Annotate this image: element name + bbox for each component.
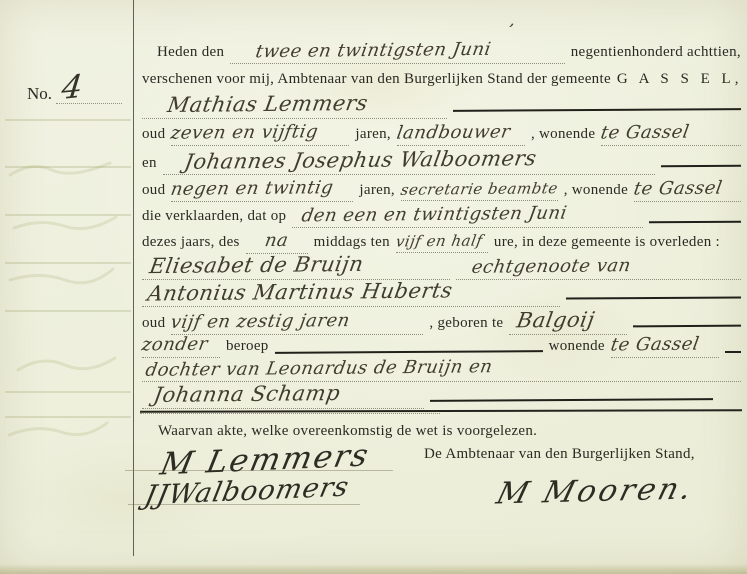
field-deceased-name: Eliesabet de Bruijn — [142, 253, 450, 280]
stray-pen-mark: ’ — [506, 20, 515, 40]
field-occupation-prefix: zonder — [142, 334, 220, 358]
printed-en: en — [142, 155, 157, 172]
field-declarant2-occupation: secretarie beambte — [401, 180, 558, 201]
handwritten-deceased-age: vijf en zestig jaren — [170, 310, 352, 333]
handwritten-declarant2-occupation: secretarie beambte — [399, 179, 559, 199]
printed-municipality-name: G A S S E L, — [617, 71, 743, 88]
handwritten-na: na — [263, 230, 290, 251]
handwritten-declarant1-occupation: landbouwer — [395, 121, 512, 143]
line-parents-2: Johanna Schamp — [142, 382, 741, 406]
line-spouse-name: Antonius Martinus Huberts — [142, 280, 741, 304]
field-spouse-name: Antonius Martinus Huberts — [142, 280, 560, 307]
field-hour: vijf en half — [396, 232, 488, 253]
printed-geboren-te: , geboren te — [429, 315, 503, 332]
printed-middags-ten: middags ten — [314, 234, 390, 251]
field-declarant2-age: negen en twintig — [171, 178, 353, 202]
margin-rule — [5, 214, 131, 216]
handwritten-declarant2-age: negen en twintig — [170, 177, 336, 200]
ink-bleedthrough-marks — [2, 130, 132, 470]
handwritten-declarant2-residence: te Gassel — [632, 178, 724, 200]
line-death-date: die verklaarden, dat op den een en twint… — [142, 204, 741, 228]
handwritten-mother-name: Johanna Schamp — [152, 381, 342, 407]
line-deceased-name: Eliesabet de Bruijn echtgenoote van — [142, 253, 741, 277]
field-declarant1-age: zeven en vijftig — [171, 122, 349, 146]
line-date-of-act: Heden den twee en twintigsten Juni negen… — [142, 40, 741, 64]
ink-stroke — [430, 398, 713, 402]
printed-die-verklaarden: die verklaarden, dat op — [142, 208, 286, 225]
field-am-pm: na — [246, 230, 308, 254]
signature-official: M Mooren. — [493, 471, 699, 511]
field-act-date: twee en twintigsten Juni — [230, 40, 564, 64]
line-declarant1-details: oud zeven en vijftig jaren, landbouwer ,… — [142, 122, 741, 146]
separator-rule — [140, 409, 742, 413]
act-number-label: No. — [27, 84, 52, 104]
printed-dezes-jaars: dezes jaars, des — [142, 234, 240, 251]
handwritten-declarant2-name: Johannes Josephus Walboomers — [182, 146, 538, 174]
field-deceased-relation: echtgenoote van — [456, 256, 741, 280]
act-number-value: 4 — [60, 67, 85, 107]
separator-dotted — [140, 413, 440, 414]
margin-rule — [5, 262, 131, 264]
official-title: De Ambtenaar van den Burgerlijken Stand, — [424, 446, 695, 463]
field-parents: dochter van Leonardus de Bruijn en — [142, 358, 741, 382]
margin-divider-line — [133, 0, 134, 556]
line-death-time: dezes jaars, des na middags ten vijf en … — [142, 230, 741, 254]
printed-oud: oud — [142, 315, 165, 332]
ink-stroke — [275, 350, 543, 354]
handwritten-declarant1-residence: te Gassel — [599, 122, 691, 144]
handwritten-echtgenoote-van: echtgenoote van — [470, 255, 632, 278]
handwritten-declarant1-name: Mathias Lemmers — [166, 91, 370, 117]
field-declarant1-occupation: landbouwer — [397, 122, 525, 146]
margin-rule — [5, 310, 131, 312]
field-birthplace: Balgoij — [509, 308, 627, 335]
ink-stroke — [661, 165, 741, 167]
printed-jaren: jaren, — [359, 182, 395, 199]
closing-statement: Waarvan akte, welke overeenkomstig de we… — [158, 423, 537, 440]
printed-oud: oud — [142, 126, 165, 143]
field-death-date: den een en twintigsten Juni — [292, 204, 643, 228]
printed-beroep: beroep — [226, 338, 269, 355]
ink-stroke — [633, 325, 741, 328]
field-declarant2-residence: te Gassel — [634, 178, 741, 202]
line-declarant2-name: en Johannes Josephus Walboomers — [142, 148, 741, 172]
printed-heden-den: Heden den — [157, 44, 224, 61]
ink-stroke — [649, 221, 741, 224]
line-declarant1-name: Mathias Lemmers — [142, 92, 741, 116]
handwritten-parents: dochter van Leonardus de Bruijn en — [144, 356, 494, 381]
printed-verschenen: verschenen voor mij, Ambtenaar van den B… — [142, 71, 611, 88]
field-declarant1-residence: te Gassel — [601, 122, 741, 146]
printed-wonende: wonende — [549, 338, 605, 355]
line-deceased-occupation-residence: zonder beroep wonende te Gassel — [142, 334, 741, 358]
margin-rule — [5, 166, 131, 168]
field-deceased-age: vijf en zestig jaren — [171, 311, 423, 335]
field-mother-name: Johanna Schamp — [142, 382, 424, 409]
handwritten-deceased-name: Eliesabet de Bruijn — [148, 252, 366, 278]
ink-stroke — [566, 296, 741, 299]
field-declarant1-name: Mathias Lemmers — [142, 92, 447, 119]
handwritten-death-date: den een en twintigsten Juni — [300, 203, 569, 227]
printed-year: negentienhonderd achttien, — [571, 44, 741, 61]
field-declarant2-name: Johannes Josephus Walboomers — [163, 148, 655, 175]
field-deceased-residence: te Gassel — [611, 334, 719, 358]
printed-overleden: ure, in deze gemeente is overleden : — [494, 234, 720, 251]
margin-rule — [5, 119, 131, 121]
line-declarant2-details: oud negen en twintig jaren, secretarie b… — [142, 178, 741, 202]
printed-jaren: jaren, — [355, 126, 391, 143]
ink-stroke — [453, 108, 741, 112]
scan-bottom-edge — [0, 564, 747, 574]
handwritten-deceased-residence: te Gassel — [609, 334, 701, 356]
line-deceased-age-birthplace: oud vijf en zestig jaren , geboren te Ba… — [142, 308, 741, 332]
death-certificate-scan: No. 4 ’ Heden den twee en twintigsten Ju… — [0, 0, 747, 574]
margin-rule — [5, 391, 131, 393]
printed-wonende: , wonende — [564, 182, 628, 199]
handwritten-act-date: twee en twintigsten Juni — [254, 39, 493, 62]
handwritten-declarant1-age: zeven en vijftig — [170, 121, 321, 144]
margin-rule — [5, 416, 131, 418]
handwritten-spouse-name: Antonius Martinus Huberts — [146, 278, 455, 305]
line-parents-1: dochter van Leonardus de Bruijn en — [142, 358, 741, 382]
printed-wonende: , wonende — [531, 126, 595, 143]
handwritten-zonder: zonder — [140, 334, 209, 356]
handwritten-hour: vijf en half — [394, 232, 484, 251]
printed-oud: oud — [142, 182, 165, 199]
handwritten-birthplace: Balgoij — [515, 308, 597, 333]
ink-stroke — [725, 351, 741, 353]
